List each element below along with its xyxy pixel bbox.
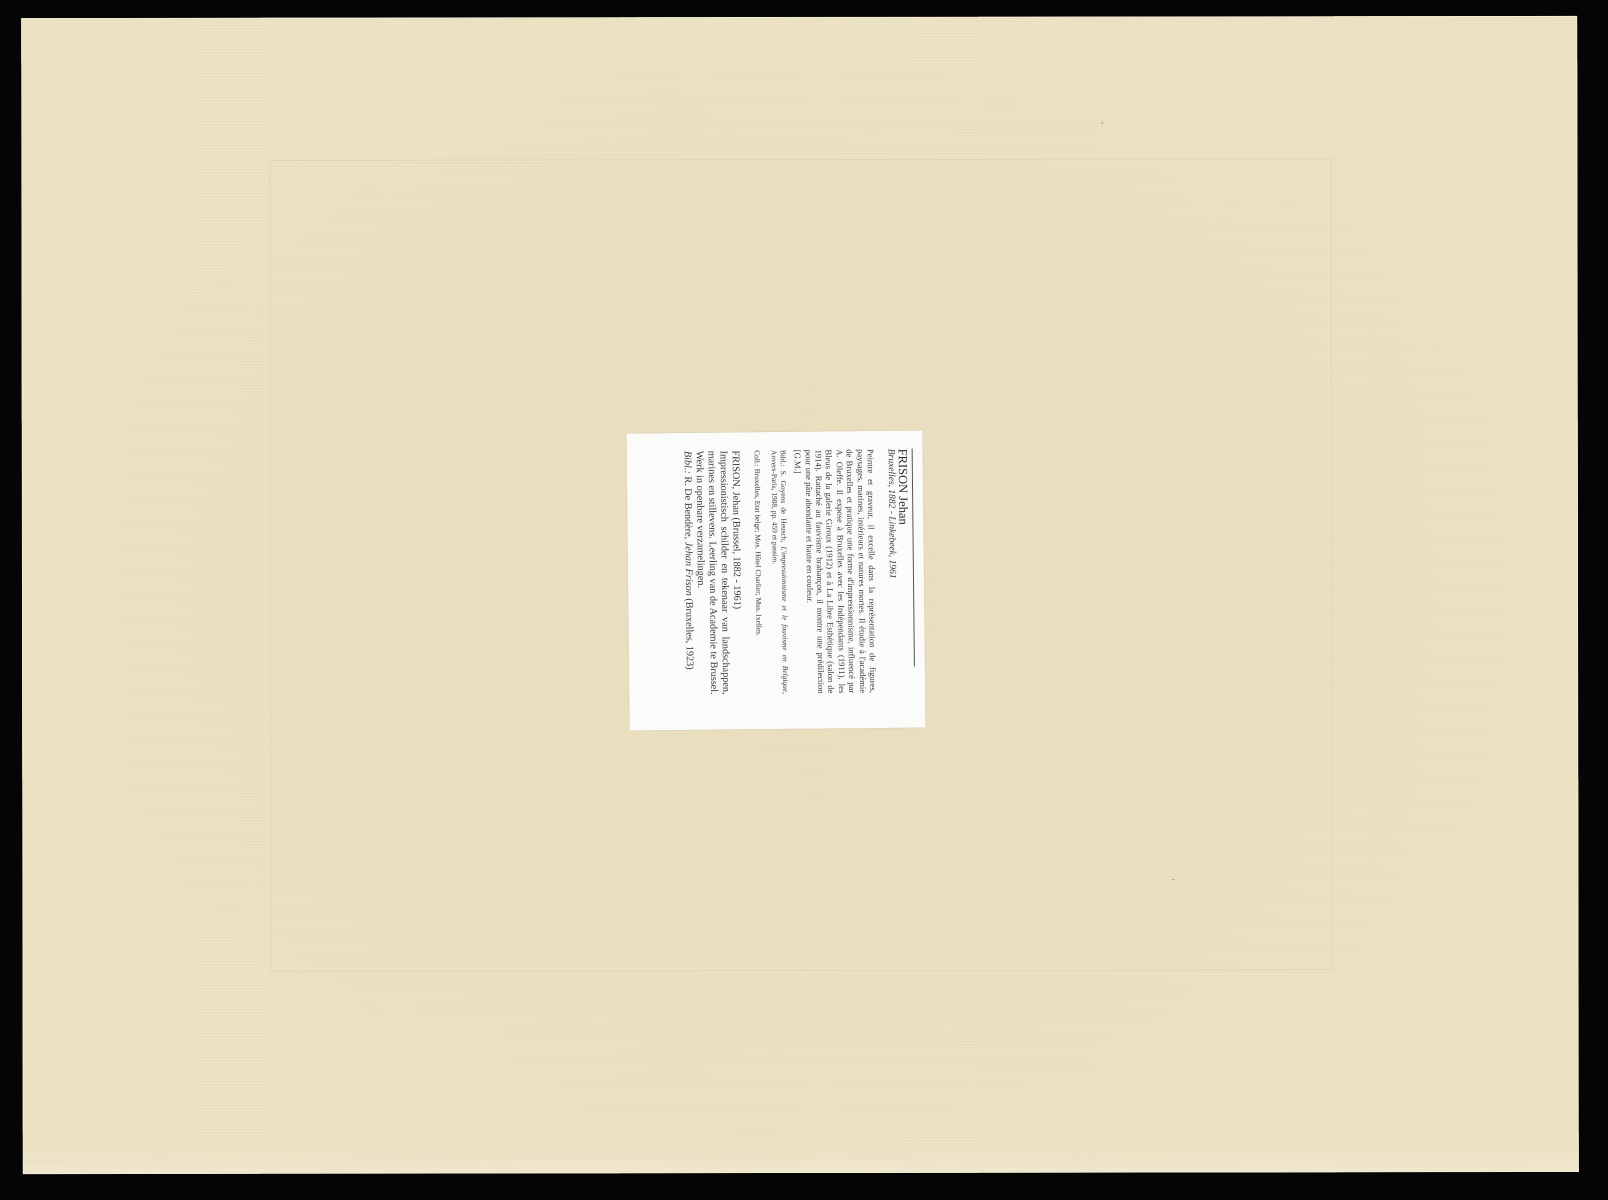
clipping-rotated-text: FRISON Jehan Bruxelles, 1882 - Linkebeek… xyxy=(626,430,925,730)
paper-speck xyxy=(1101,122,1103,124)
paper-edge xyxy=(23,1146,1579,1174)
dutch-bibliography: Bibl.: R. De Bendère, Jehan Frison (Brux… xyxy=(681,451,696,695)
dutch-entry: FRISON, Jehan (Brussel, 1882 - 1961) Imp… xyxy=(681,450,744,695)
paper-speck xyxy=(1172,878,1174,880)
header-rule xyxy=(912,449,915,667)
catalogue-clipping: FRISON Jehan Bruxelles, 1882 - Linkebeek… xyxy=(626,430,925,730)
french-bibliography: Bibl.: S. Goyens de Heusch, L'impression… xyxy=(769,450,790,694)
artist-name: FRISON Jehan xyxy=(896,449,912,693)
dutch-biography: Impressionistisch schilder en tekenaar v… xyxy=(693,450,732,694)
collections: Coll.: Bruxelles, Etat belge; Mus. Hôtel… xyxy=(753,450,765,694)
french-biography: Peintre et graveur, il excelle dans la r… xyxy=(803,449,878,694)
